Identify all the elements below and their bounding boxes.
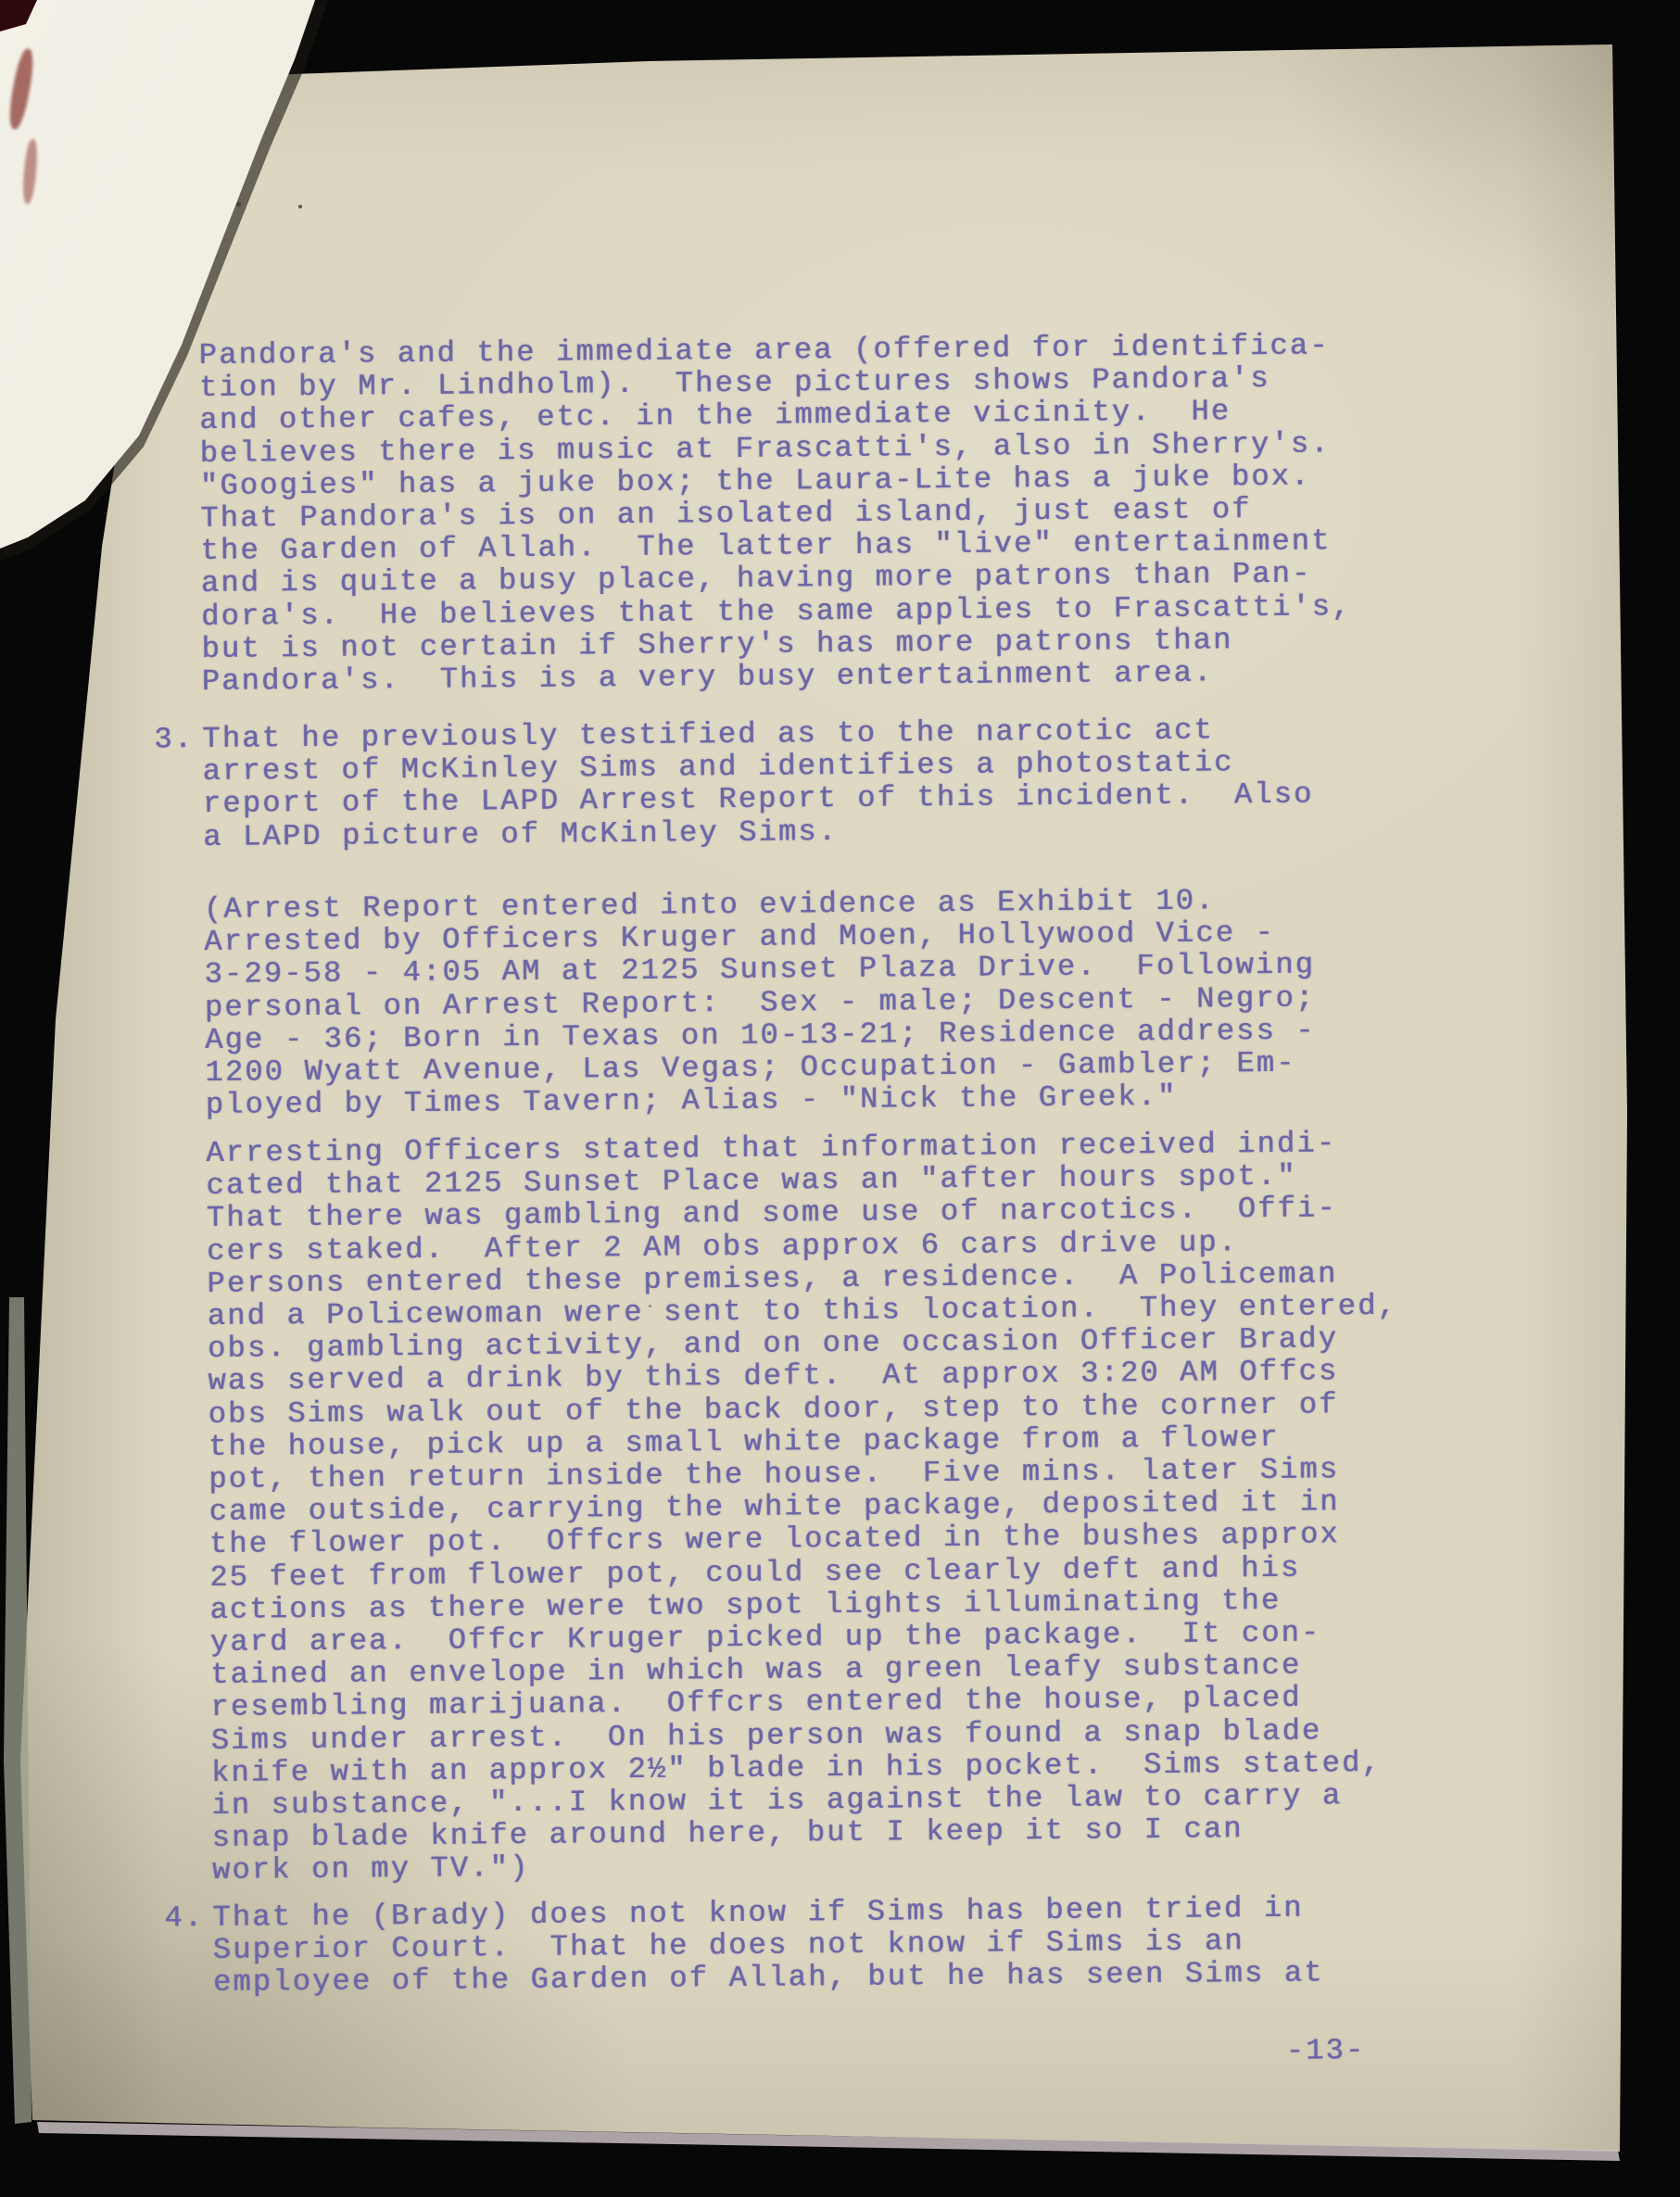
paragraph-item-4: 4. That he (Brady) does not know if Sims… [212,1891,1323,1999]
paragraph-lines: (Arrest Report entered into evidence as … [204,884,1317,1122]
scanned-document-photo: Pandora's and the immediate area (offere… [0,0,1680,2197]
paragraph-continuation: Pandora's and the immediate area (offere… [199,329,1353,698]
paragraph-lines: Arresting Officers stated that informati… [206,1127,1402,1888]
page-number: -13- [1286,2034,1366,2067]
item-number: 4. [164,1901,204,1935]
paragraph-arrest-report: (Arrest Report entered into evidence as … [204,884,1317,1122]
paragraph-arresting-officers: Arresting Officers stated that informati… [206,1127,1402,1888]
paragraph-lines: That he previously testified as to the n… [202,713,1314,853]
paragraph-lines: Pandora's and the immediate area (offere… [199,329,1353,698]
typewritten-text: Pandora's and the immediate area (offere… [0,0,1680,2197]
paragraph-lines: That he (Brady) does not know if Sims ha… [212,1891,1323,1999]
item-number: 3. [154,723,194,756]
paragraph-item-3: 3. That he previously testified as to th… [202,713,1314,853]
